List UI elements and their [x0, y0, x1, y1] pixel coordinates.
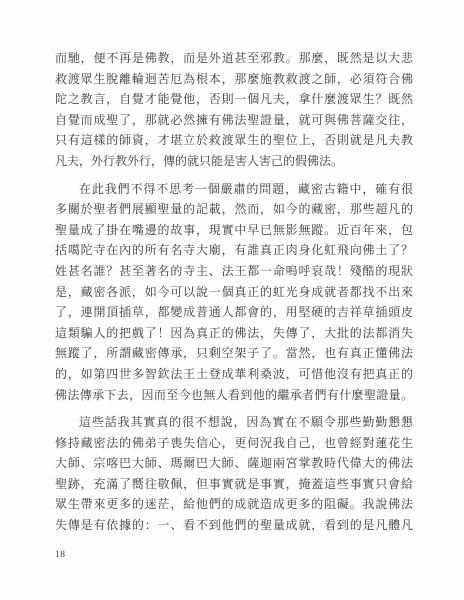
text-line: 大師、宗喀巴大師、瑪爾巴大師、薩迦兩宮掌教時代偉大的佛法	[55, 453, 413, 474]
text-line: 只有這樣的師資，才堪立於救渡眾生的聖位上，否則就是凡夫教	[55, 130, 413, 151]
text-line: 陀之教言，自覺才能覺他，否則一個凡夫，拿什麼渡眾生？既然	[55, 89, 413, 110]
page-number: 18	[55, 549, 66, 561]
text-line: 自覺而成聖了，那就必然擁有佛法聖證量，就可與佛菩薩交往，	[55, 110, 413, 131]
text-line: 而馳，便不再是佛教，而是外道甚至邪教。那麼，既然是以大悲	[55, 48, 413, 69]
text-line: 佛法傳承下去，因而至今也無人看到他的繼承者們有什麼聖證量。	[55, 385, 413, 406]
text-line: 的，如第四世多智欽法王土登成華利桑波，可惜他沒有把真正的	[55, 364, 413, 385]
text-line: 了，連開頂插草，都變成普通人都會的，用堅硬的吉祥草插頭皮	[55, 302, 413, 323]
text-line: 是，藏密各派，如今可以說一個真正的虹光身成就者都找不出來	[55, 282, 413, 303]
text-line: 括噶陀寺在內的所有名寺大廟，有誰真正肉身化虹飛向佛土了？	[55, 240, 413, 261]
paragraph-2: 在此我們不得不思考一個嚴肅的問題，藏密古籍中，確有很 多關於聖者們展顯聖量的記載…	[55, 179, 413, 406]
text-line: 多關於聖者們展顯聖量的記載，然而，如今的藏密，那些超凡的	[55, 199, 413, 220]
text-line: 失傳是有依據的：一、看不到他們的聖量成就，看到的是凡體凡	[55, 515, 413, 536]
text-line: 修持藏密法的佛弟子喪失信心，更何況我自己，也曾經對蓮花生	[55, 433, 413, 454]
text-line: 聖量成了掛在嘴邊的故事，現實中早已無影無蹤。近百年來，包	[55, 220, 413, 241]
text-line: 這些話我其實真的很不想說，因為實在不願令那些勤勤懇懇	[55, 412, 413, 433]
text-block: 而馳，便不再是佛教，而是外道甚至邪教。那麼，既然是以大悲 救渡眾生脫離輪迴苦厄為…	[55, 48, 413, 536]
text-line: 凡夫，外行教外行，傳的就只能是害人害己的假佛法。	[55, 151, 413, 172]
text-line: 這類騙人的把戲了！因為真正的佛法，失傳了，大批的法都消失	[55, 323, 413, 344]
text-line: 救渡眾生脫離輪迴苦厄為根本，那麼施教救渡之師，必須符合佛	[55, 69, 413, 90]
text-line: 眾生帶來更多的迷茫，給他們的成就造成更多的阻礙。我說佛法	[55, 494, 413, 515]
text-line: 聖跡，充滿了嚮往敬佩，但事實就是事實，掩蓋這些事實只會給	[55, 474, 413, 495]
paragraph-3: 這些話我其實真的很不想說，因為實在不願令那些勤勤懇懇 修持藏密法的佛弟子喪失信心…	[55, 412, 413, 536]
text-line: 在此我們不得不思考一個嚴肅的問題，藏密古籍中，確有很	[55, 179, 413, 200]
paragraph-1: 而馳，便不再是佛教，而是外道甚至邪教。那麼，既然是以大悲 救渡眾生脫離輪迴苦厄為…	[55, 48, 413, 172]
text-line: 姓甚名誰？甚至著名的寺主、法王都一命嗚呼哀哉！殘酷的現狀	[55, 261, 413, 282]
text-line: 無蹤了，所謂藏密傳承，只剩空架子了。當然，也有真正懂佛法	[55, 343, 413, 364]
document-page: 而馳，便不再是佛教，而是外道甚至邪教。那麼，既然是以大悲 救渡眾生脫離輪迴苦厄為…	[0, 0, 464, 600]
